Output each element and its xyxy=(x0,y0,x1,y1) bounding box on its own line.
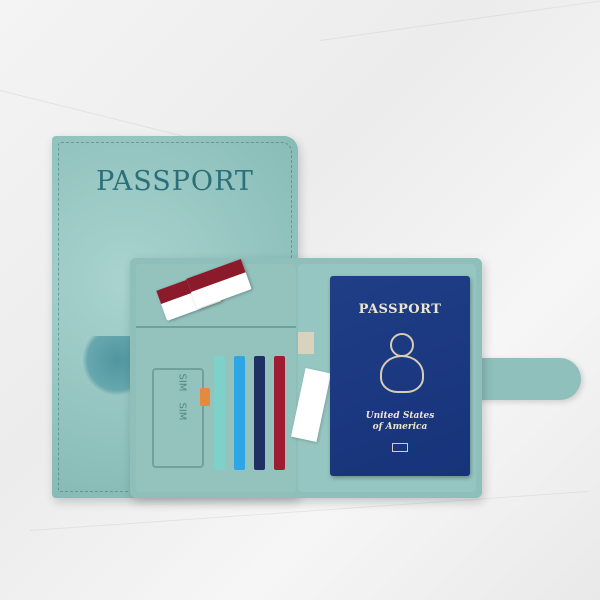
open-passport-holder: SIM SIM PASSPORT United States of Americ… xyxy=(130,258,482,498)
sim-chip xyxy=(200,388,210,406)
card-teal xyxy=(214,356,225,470)
paper-crease xyxy=(320,0,600,41)
sim-label: SIM xyxy=(177,403,188,443)
sim-card-holder: SIM SIM xyxy=(152,368,204,468)
country-line-1: United States xyxy=(330,411,470,422)
pocket-seam xyxy=(136,326,296,328)
epassport-chip-icon xyxy=(392,443,408,452)
card-bank xyxy=(254,356,265,470)
passport-title: PASSPORT xyxy=(330,302,470,317)
country-line-2: of America xyxy=(330,422,470,433)
rfid-tag xyxy=(298,332,314,354)
card-blue xyxy=(234,356,245,470)
eagle-seal-icon xyxy=(372,333,428,393)
snap-strap xyxy=(475,358,581,400)
cover-title: PASSPORT xyxy=(52,166,298,197)
card-red xyxy=(274,356,285,470)
country-name: United States of America xyxy=(330,411,470,433)
us-passport: PASSPORT United States of America xyxy=(330,276,470,476)
